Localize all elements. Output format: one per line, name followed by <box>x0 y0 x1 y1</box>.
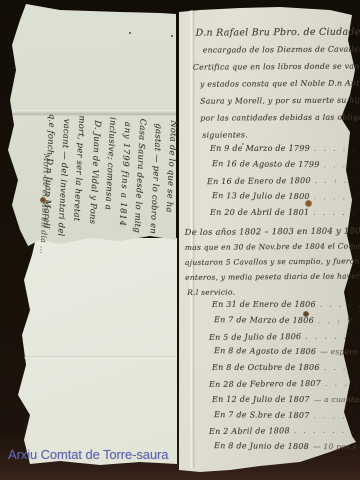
heading-line: Certifica que en los libros donde se van… <box>193 57 360 75</box>
ledger-row: En 9 de Marzo de 1799 . . . . . . . . . … <box>210 144 360 160</box>
entry-date: En 8 de Junio de 1808 <box>214 441 309 451</box>
entry-date: En 20 de Abril de 1801 <box>210 208 309 217</box>
manuscript-photo: Nota de lo que se ha gastat — per lo cob… <box>0 0 360 480</box>
heading-line: siguientes. <box>202 125 360 143</box>
ledger-row: En 20 de Abril de 1801 . . . . . . . . ,… <box>210 208 360 224</box>
entry-leader-dots: . . . . . . . . . <box>305 332 360 341</box>
entry-note: — a cuantas nada <box>314 395 360 404</box>
entry-date: En 12 de Julio de 1807 <box>212 395 310 404</box>
paper-speck <box>171 35 173 37</box>
entry-note: — espero con Cav. <box>320 347 360 357</box>
entry-date: En 2 Abril de 1808 <box>209 427 290 437</box>
ledger-row: En 28 de Febrero de 1807 . . . . . . . .… <box>209 378 360 396</box>
heading-line: encargado de los Diezmos de Cavallerias … <box>203 40 360 58</box>
note-paragraph-1802-1805: De los años 1802 – 1803 en 1804 y 1805 n… <box>185 223 360 300</box>
paragraph-line: mas que en 30 de Nov.bre de 1804 el Coma… <box>185 238 360 255</box>
paragraph-line: De los años 1802 – 1803 en 1804 y 1805 n… <box>185 223 360 240</box>
entry-date: En 28 de Febrero de 1807 <box>209 379 321 389</box>
ledger-row: En 31 de Enero de 1806 . . . . . . . . . <box>212 300 360 316</box>
ledger-row: En 8 de Agosto de 1806 — espero con Cav. <box>214 347 360 364</box>
paragraph-line: ajustaron 5 Cavallos y se cumplio, y fue… <box>185 253 360 270</box>
entry-leader-dots: . . . . . . . . . . <box>314 193 360 202</box>
entry-leader-dots: . . . . . . . . ,,, <box>313 209 360 217</box>
entry-leader-dots: . . . . . . . . . <box>325 379 360 388</box>
ledger-entries-1799-1801: En 9 de Marzo de 1799 . . . . . . . . . … <box>210 144 360 224</box>
entry-date: En 5 de Julio de 1806 <box>209 332 302 342</box>
entry-date: En 8 de Agosto de 1806 <box>214 347 316 357</box>
ink-blot <box>305 200 312 207</box>
entry-leader-dots: . . . . . . . . . <box>314 412 360 421</box>
entry-leader-dots: . . . . . . . . . . . <box>314 145 360 153</box>
ledger-row: En 13 de Julio de 1800 . . . . . . . . .… <box>212 191 360 209</box>
entry-leader-dots: . . . . . . . . . <box>320 301 360 309</box>
ledger-row: En 12 de Julio de 1807 — a cuantas nada <box>212 395 360 411</box>
entry-date: En 7 de S.bre de 1807 <box>214 410 310 420</box>
paper-speck <box>129 32 131 34</box>
entry-date: En 13 de Julio de 1800 <box>212 191 310 201</box>
heading-line: D.n Rafael Bru Pbro. de Ciudadela a <box>196 23 360 41</box>
entry-date: En 7 de Marzo de 1806 <box>214 315 314 325</box>
ledger-row: En 7 de S.bre de 1807 . . . . . . . . . <box>214 410 360 427</box>
entry-leader-dots: . . : . . . . . . . <box>315 176 360 185</box>
paragraph-line: enteros, y media peseta diaria de los ha… <box>185 268 360 285</box>
entry-date: En 31 de Enero de 1806 <box>212 300 316 309</box>
entry-date: En 9 de Marzo de 1799 <box>210 144 310 153</box>
ink-blot <box>40 197 46 203</box>
heading-line: por las cantidades debidas a las obligac… <box>200 108 360 126</box>
certification-heading: D.n Rafael Bru Pbro. de Ciudadela a enca… <box>200 23 360 143</box>
entry-leader-dots: . . . . . . . . . . <box>324 161 360 170</box>
ledger-row: En 8 de Junio de 1808 — 10 pes.s 4 R.s c… <box>214 441 360 458</box>
entry-note: — 10 pes.s 4 R.s cud. <box>313 442 360 452</box>
entry-date: En 16 de Agosto de 1799 <box>212 159 320 169</box>
ledger-row: En 8 de Octubre de 1806 . . . . . . . . … <box>212 363 360 379</box>
paragraph-line: R.l servicio. <box>187 283 360 300</box>
under-sheet-crease <box>24 356 176 359</box>
left-fold-crease <box>12 110 176 116</box>
heading-line: Saura y Morell, y por su muerte su hijo … <box>200 91 360 109</box>
ledger-entries-1806-1808: En 31 de Enero de 1806 . . . . . . . . .… <box>212 300 360 458</box>
paper-speck <box>242 143 244 145</box>
ledger-row: En 16 de Agosto de 1799 . . . . . . . . … <box>212 159 360 177</box>
entry-leader-dots: . . . . . . . . . <box>294 427 360 436</box>
ink-blot <box>303 311 309 317</box>
entry-date: En 8 de Octubre de 1806 <box>212 363 320 372</box>
archive-watermark-label: Arxiu Comtat de Torre-saura <box>8 447 168 462</box>
ledger-row: En 7 de Marzo de 1806 . . : Y : . . . . <box>214 315 360 332</box>
rotated-note-block: Nota de lo que se ha gastat — per lo cob… <box>35 114 182 293</box>
entry-leader-dots: . . . . . . . . . <box>324 364 360 372</box>
heading-line: y estados consta que el Noble D.n Antoni… <box>200 74 360 92</box>
entry-date: En 16 de Enero de 1800 <box>207 176 311 186</box>
entry-leader-dots: . . : Y : . . . . <box>318 317 360 326</box>
